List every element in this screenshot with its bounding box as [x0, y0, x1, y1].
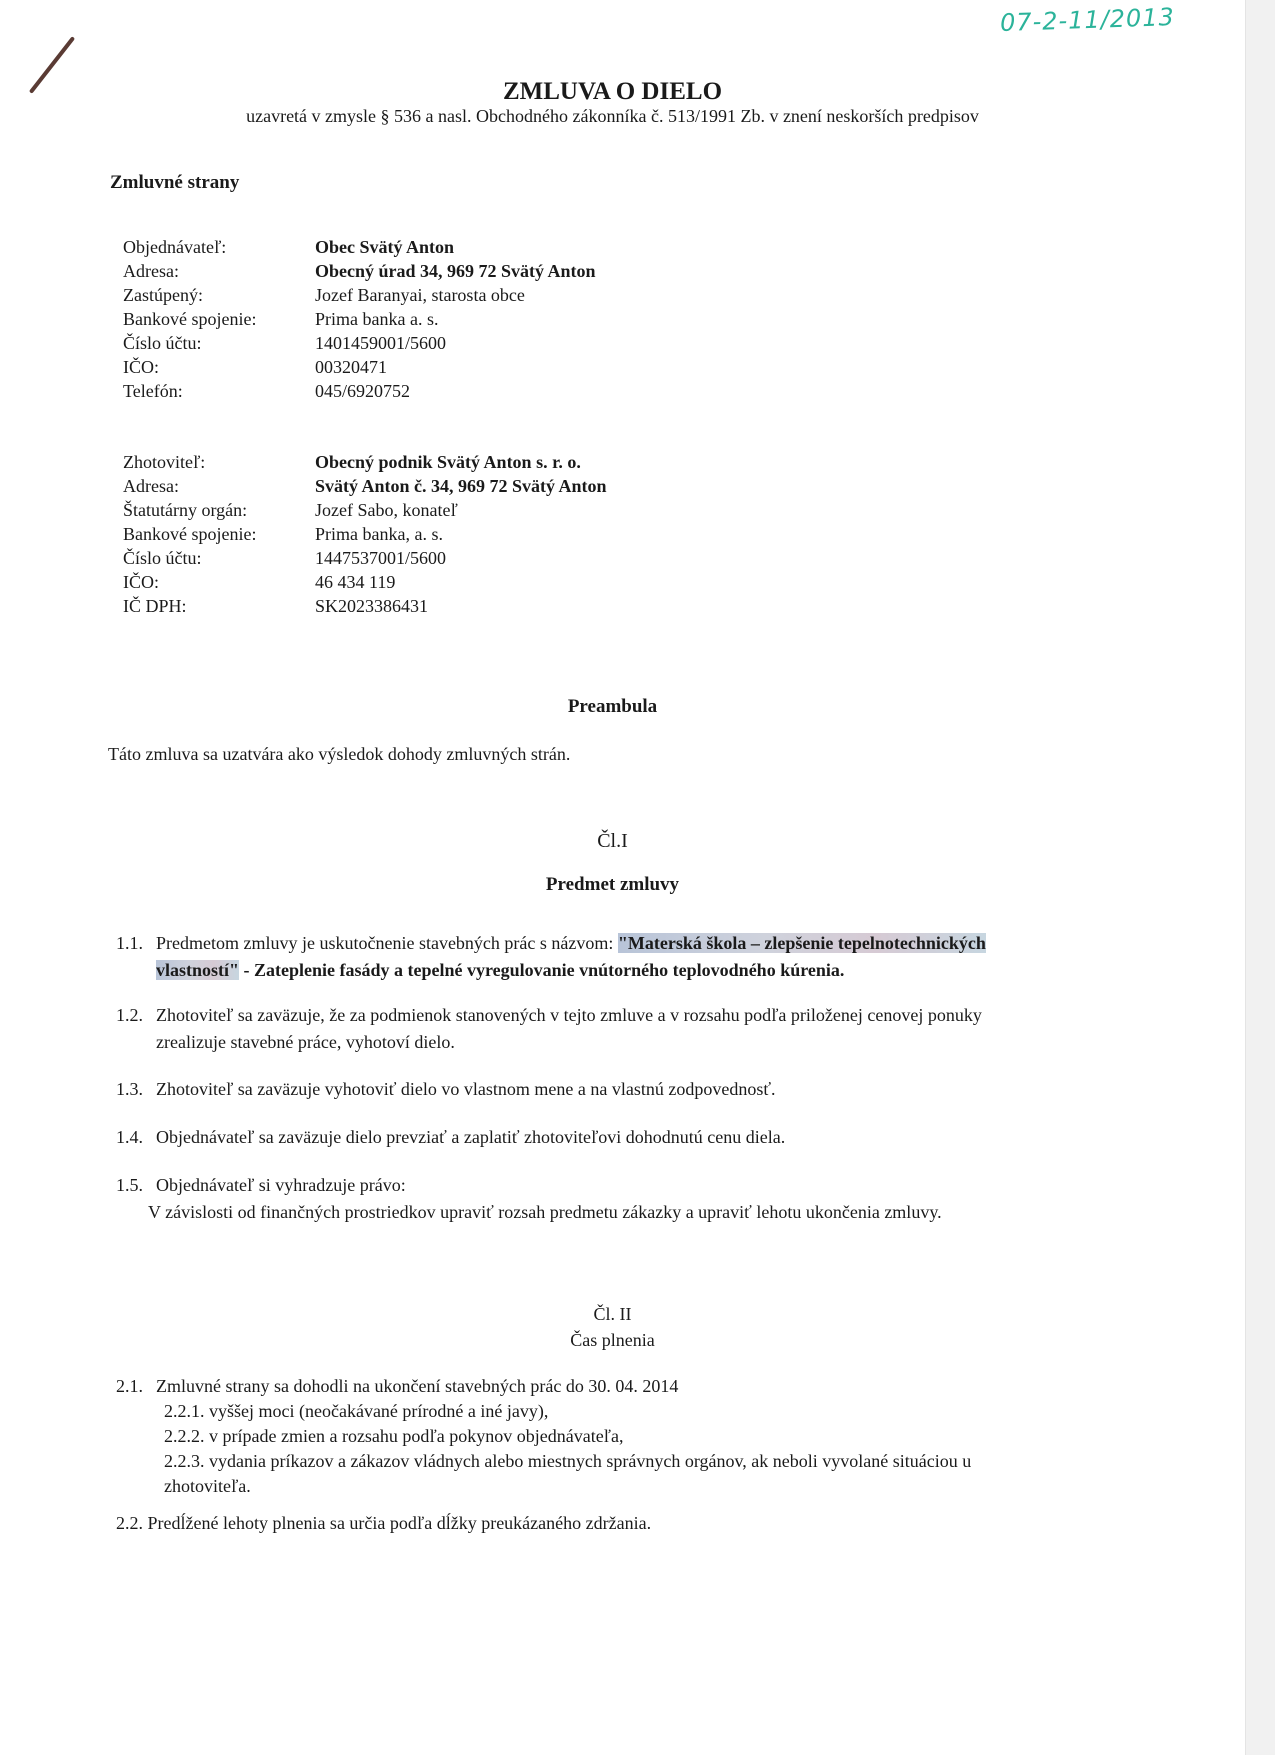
field-value: 46 434 119	[315, 570, 395, 594]
clause-text: - Zateplenie fasády a tepelné vyregulova…	[239, 960, 844, 980]
document-title: ZMLUVA O DIELO	[0, 78, 1225, 106]
field-value: Svätý Anton č. 34, 969 72 Svätý Anton	[315, 474, 607, 498]
field-label: Bankové spojenie:	[123, 522, 315, 546]
field-value: Jozef Sabo, konateľ	[315, 498, 458, 522]
clause-number: 1.5.	[116, 1172, 156, 1199]
preamble-heading: Preambula	[0, 696, 1225, 718]
scan-edge	[1245, 0, 1275, 1755]
clause-text: zrealizuje stavebné práce, vyhotoví diel…	[156, 1032, 455, 1052]
field-label: IČ DPH:	[123, 594, 315, 618]
field-label: Číslo účtu:	[123, 331, 315, 355]
clause-text: Zhotoviteľ sa zaväzuje vyhotoviť dielo v…	[156, 1079, 776, 1099]
clause-number: 1.1.	[116, 930, 156, 957]
contractor-row: Štatutárny orgán:Jozef Sabo, konateľ	[123, 498, 607, 522]
field-value: Jozef Baranyai, starosta obce	[315, 283, 525, 307]
contractor-row: Číslo účtu:1447537001/5600	[123, 546, 607, 570]
subclause: 2.2.3. vydania príkazov a zákazov vládny…	[116, 1451, 971, 1471]
clause-text: Zhotoviteľ sa zaväzuje, že za podmienok …	[156, 1005, 982, 1025]
field-value: 1447537001/5600	[315, 546, 446, 570]
contractor-row: IČO:46 434 119	[123, 570, 607, 594]
contractor-table: Zhotoviteľ:Obecný podnik Svätý Anton s. …	[123, 450, 607, 618]
field-label: Bankové spojenie:	[123, 307, 315, 331]
article2-number: Čl. II	[0, 1304, 1225, 1325]
clause-number: 1.2.	[116, 1002, 156, 1029]
contractor-row: Bankové spojenie:Prima banka, a. s.	[123, 522, 607, 546]
field-label: IČO:	[123, 355, 315, 379]
subclause: zhotoviteľa.	[116, 1476, 251, 1496]
parties-heading: Zmluvné strany	[110, 172, 239, 194]
clause-1-2: 1.2.Zhotoviteľ sa zaväzuje, že za podmie…	[116, 1002, 1076, 1056]
project-name-highlight: "Materská škola – zlepšenie tepelnotechn…	[618, 933, 986, 953]
field-label: IČO:	[123, 570, 315, 594]
field-value: Obecný úrad 34, 969 72 Svätý Anton	[315, 259, 596, 283]
field-value: SK2023386431	[315, 594, 428, 618]
article1-number: Čl.I	[0, 830, 1225, 853]
field-value: 1401459001/5600	[315, 331, 446, 355]
clause-2-2: 2.2. Predĺžené lehoty plnenia sa určia p…	[116, 1510, 1076, 1537]
subclause: 2.2.1. vyššej moci (neočakávané prírodné…	[116, 1401, 548, 1421]
clause-1-3: 1.3.Zhotoviteľ sa zaväzuje vyhotoviť die…	[116, 1076, 1076, 1103]
field-value: 00320471	[315, 355, 387, 379]
clause-number: 1.3.	[116, 1076, 156, 1103]
clause-number: 2.2.	[116, 1513, 143, 1533]
field-value: Prima banka a. s.	[315, 307, 438, 331]
clause-text: V závislosti od finančných prostriedkov …	[148, 1202, 942, 1222]
field-label: Číslo účtu:	[123, 546, 315, 570]
field-label: Telefón:	[123, 379, 315, 403]
clause-number: 2.1.	[116, 1374, 156, 1399]
field-label: Adresa:	[123, 259, 315, 283]
clause-text: Objednávateľ si vyhradzuje právo:	[156, 1175, 406, 1195]
client-row: IČO:00320471	[123, 355, 596, 379]
field-label: Zastúpený:	[123, 283, 315, 307]
article2-heading: Čas plnenia	[0, 1330, 1225, 1351]
handwritten-reference: 07-2-11/2013	[1000, 3, 1176, 37]
clause-1-5: 1.5.Objednávateľ si vyhradzuje právo: V …	[116, 1172, 1076, 1226]
contractor-row: IČ DPH:SK2023386431	[123, 594, 607, 618]
article1-heading: Predmet zmluvy	[0, 874, 1225, 896]
client-table: Objednávateľ:Obec Svätý Anton Adresa:Obe…	[123, 235, 596, 403]
clause-1-1: 1.1.Predmetom zmluvy je uskutočnenie sta…	[116, 930, 1076, 984]
project-name-highlight: vlastností"	[156, 960, 239, 980]
field-value: Obec Svätý Anton	[315, 235, 454, 259]
clause-text: Predmetom zmluvy je uskutočnenie stavebn…	[156, 933, 618, 953]
field-value: Prima banka, a. s.	[315, 522, 443, 546]
client-row: Objednávateľ:Obec Svätý Anton	[123, 235, 596, 259]
field-value: 045/6920752	[315, 379, 410, 403]
field-value: Obecný podnik Svätý Anton s. r. o.	[315, 450, 581, 474]
contractor-row: Zhotoviteľ:Obecný podnik Svätý Anton s. …	[123, 450, 607, 474]
client-row: Telefón:045/6920752	[123, 379, 596, 403]
client-row: Zastúpený:Jozef Baranyai, starosta obce	[123, 283, 596, 307]
clause-text: Predĺžené lehoty plnenia sa určia podľa …	[148, 1513, 652, 1533]
subclause: 2.2.2. v prípade zmien a rozsahu podľa p…	[116, 1426, 623, 1446]
field-label: Štatutárny orgán:	[123, 498, 315, 522]
field-label: Objednávateľ:	[123, 235, 315, 259]
client-row: Bankové spojenie:Prima banka a. s.	[123, 307, 596, 331]
client-row: Adresa:Obecný úrad 34, 969 72 Svätý Anto…	[123, 259, 596, 283]
clause-number: 1.4.	[116, 1124, 156, 1151]
client-row: Číslo účtu:1401459001/5600	[123, 331, 596, 355]
document-subtitle: uzavretá v zmysle § 536 a nasl. Obchodné…	[0, 106, 1225, 127]
field-label: Adresa:	[123, 474, 315, 498]
clause-1-4: 1.4.Objednávateľ sa zaväzuje dielo prevz…	[116, 1124, 1076, 1151]
contractor-row: Adresa:Svätý Anton č. 34, 969 72 Svätý A…	[123, 474, 607, 498]
field-label: Zhotoviteľ:	[123, 450, 315, 474]
clause-text: Zmluvné strany sa dohodli na ukončení st…	[156, 1376, 678, 1396]
preamble-text: Táto zmluva sa uzatvára ako výsledok doh…	[108, 744, 570, 765]
clause-text: Objednávateľ sa zaväzuje dielo prevziať …	[156, 1127, 785, 1147]
clause-2-1: 2.1.Zmluvné strany sa dohodli na ukončen…	[116, 1374, 1076, 1499]
